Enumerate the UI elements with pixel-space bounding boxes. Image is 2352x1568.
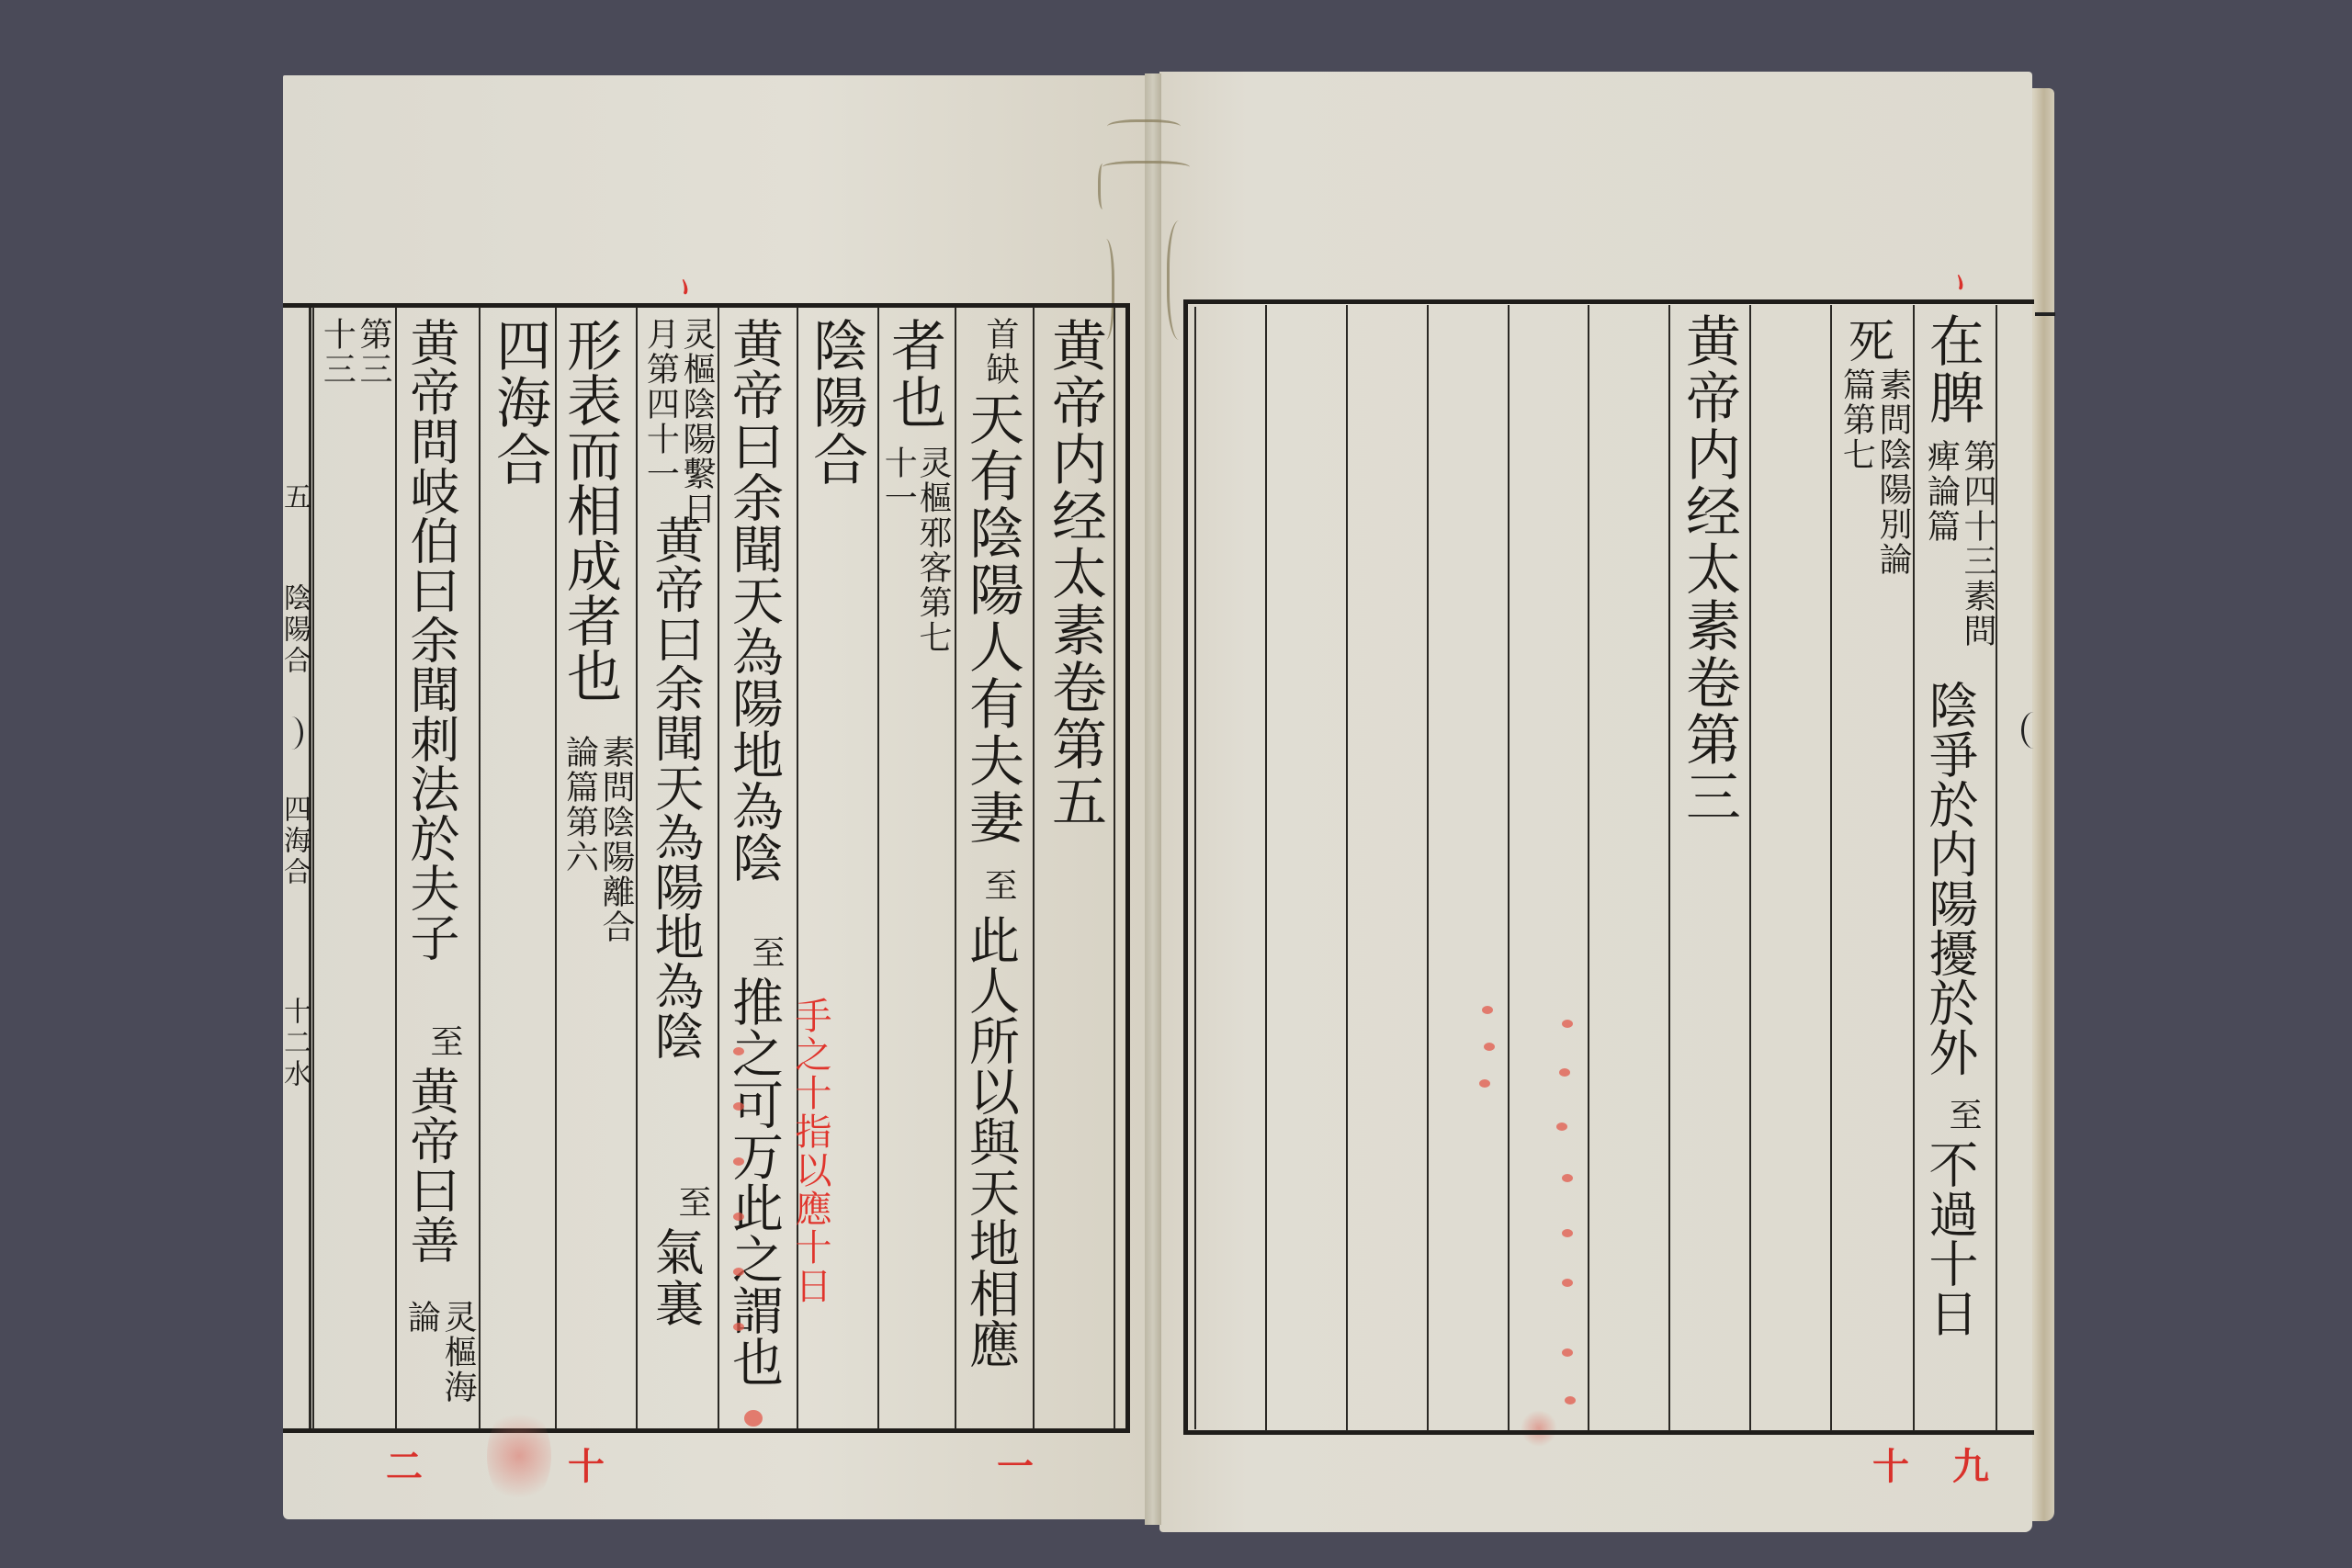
- source-annotation: 素問陰陽別論篇第七: [1837, 367, 1911, 606]
- red-page-mark: 十: [568, 1438, 605, 1490]
- gutter-volume-number: 五: [280, 482, 308, 513]
- red-emphasis-dot: [1484, 1043, 1495, 1051]
- text-column: 黄帝曰余聞天為陽地為陰: [728, 317, 779, 883]
- column-rule: [1749, 305, 1751, 1431]
- text-column: 者也: [887, 317, 942, 431]
- source-annotation: 灵樞邪客第七十一: [884, 446, 950, 684]
- fishtail-rule: [2035, 312, 2055, 316]
- text-annotation-to: 至: [749, 935, 782, 970]
- text-column: 在脾: [1925, 312, 1980, 426]
- column-rule: [1668, 305, 1670, 1431]
- text-annotation-to: 至: [427, 1024, 460, 1059]
- text-column: 黄帝問岐伯曰余聞刺法於夫子: [406, 317, 456, 962]
- binding-thread: [1107, 119, 1181, 137]
- column-rule: [1265, 305, 1267, 1431]
- column-rule: [1588, 305, 1589, 1431]
- source-annotation: 第四十三素問痺論篇: [1922, 439, 1996, 664]
- text-column: 形表而相成者也: [562, 317, 617, 703]
- column-rule: [395, 307, 397, 1429]
- gutter-section-label: 十二水: [280, 997, 308, 1090]
- red-emphasis-dot: [733, 1157, 744, 1166]
- red-page-mark: 一: [997, 1438, 1034, 1490]
- red-page-mark: 九: [1952, 1438, 1989, 1490]
- column-rule: [1114, 307, 1115, 1429]
- text-annotation-to: 至: [1946, 1098, 1979, 1133]
- volume-title-left: 黄帝内经太素卷第五: [1047, 317, 1102, 829]
- red-emphasis-dot: [1556, 1122, 1567, 1131]
- column-rule: [636, 307, 638, 1429]
- red-emphasis-dot: [1562, 1279, 1573, 1287]
- column-rule: [1033, 307, 1035, 1429]
- red-emphasis-dot: [1559, 1068, 1570, 1077]
- source-annotation: 素問陰陽離合論篇第六: [562, 735, 634, 946]
- red-emphasis-dot: [1482, 1006, 1493, 1014]
- red-emphasis-dot: [1562, 1229, 1573, 1237]
- chapter-heading-four-seas: 四海合: [492, 317, 547, 488]
- column-rule: [718, 307, 719, 1429]
- column-rule: [1346, 305, 1348, 1431]
- text-column: 黄帝曰余聞天為陽地為陰: [650, 514, 700, 1060]
- gutter-section-label: 陰陽合: [280, 583, 308, 677]
- red-marginal-note: 手之十指以應十日: [792, 997, 829, 1305]
- text-column: 不過十日: [1925, 1139, 1974, 1337]
- column-rule: [555, 307, 557, 1429]
- column-rule: [312, 307, 314, 1429]
- chapter-heading-yinyang: 陰陽合: [808, 317, 864, 488]
- text-column: 此人所以與天地相應: [965, 914, 1015, 1369]
- red-emphasis-dot: [733, 1102, 744, 1111]
- source-annotation: 第三十三: [327, 317, 391, 400]
- text-column: 天有陰陽人有夫妻: [965, 390, 1020, 846]
- column-rule: [479, 307, 481, 1429]
- red-page-mark: 十: [1872, 1438, 1909, 1490]
- column-rule: [1427, 305, 1429, 1431]
- text-column: 黄帝曰善: [406, 1066, 456, 1264]
- red-emphasis-dot: [744, 1410, 763, 1427]
- red-emphasis-dot: [1562, 1174, 1573, 1182]
- column-rule: [1830, 305, 1832, 1431]
- text-column: 氣裏: [650, 1226, 700, 1329]
- red-page-mark: 二: [386, 1438, 423, 1490]
- text-column-lost-note: 首缺: [983, 317, 1016, 387]
- binding-thread: [1098, 164, 1110, 209]
- column-rule: [1508, 305, 1510, 1431]
- red-emphasis-dot: [1479, 1079, 1490, 1088]
- red-emphasis-dot: [733, 1213, 744, 1221]
- text-column: 陰爭於内陽擾於外: [1925, 680, 1974, 1077]
- binding-thread: [1102, 161, 1190, 176]
- volume-title-right: 黄帝内经太素卷第三: [1681, 312, 1736, 825]
- text-annotation-to: 至: [675, 1185, 708, 1220]
- book-spine: [1145, 73, 1161, 1525]
- fishtail-mark: [2021, 712, 2046, 749]
- red-emphasis-dot: [733, 1047, 744, 1055]
- source-annotation: 灵樞海論: [402, 1300, 476, 1419]
- red-emphasis-dot: [1562, 1348, 1573, 1357]
- red-emphasis-dot: [733, 1323, 744, 1331]
- gutter-section-label: 四海合: [280, 795, 308, 888]
- text-column: 死: [1845, 317, 1891, 365]
- red-emphasis-dot: [1565, 1396, 1576, 1404]
- text-annotation-to: 至: [981, 868, 1014, 903]
- red-ink-stain: [487, 1405, 551, 1506]
- column-rule: [955, 307, 956, 1429]
- source-annotation: 灵樞陰陽繫日月第四十一: [643, 317, 715, 547]
- column-rule: [1913, 305, 1915, 1431]
- fishtail-mark: [280, 716, 303, 750]
- red-emphasis-dot: [1562, 1020, 1573, 1028]
- red-emphasis-dot: [733, 1268, 744, 1276]
- column-rule: [1194, 307, 1196, 1429]
